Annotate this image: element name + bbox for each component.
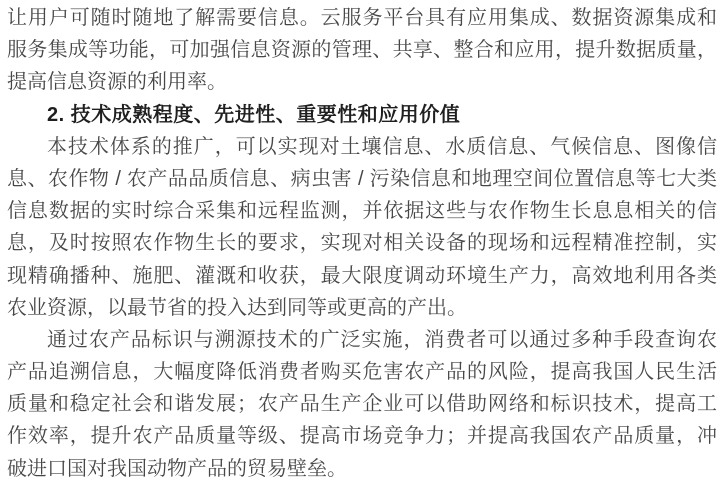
text-line: 通过农产品标识与溯源技术的广泛实施，消费者可以通过多种手段查询农 <box>7 324 717 356</box>
text-line: 信息数据的实时综合采集和远程监测，并依据这些与农作物生长息息相关的信 <box>7 195 717 227</box>
text-line: 本技术体系的推广，可以实现对土壤信息、水质信息、气候信息、图像信 <box>7 131 717 163</box>
text-line: 让用户可随时随地了解需要信息。云服务平台具有应用集成、数据资源集成和 <box>7 2 717 34</box>
text-line: 息，及时按照农作物生长的要求，实现对相关设备的现场和远程精准控制，实 <box>7 227 717 259</box>
text-line: 作效率，提升农产品质量等级、提高市场竞争力；并提高我国农产品质量，冲 <box>7 420 717 452</box>
section-heading: 2. 技术成熟程度、先进性、重要性和应用价值 <box>7 99 717 131</box>
text-line: 现精确播种、施肥、灌溉和收获，最大限度调动环境生产力，高效地利用各类 <box>7 260 717 292</box>
text-line: 服务集成等功能，可加强信息资源的管理、共享、整合和应用，提升数据质量， <box>7 34 717 66</box>
document-page: 让用户可随时随地了解需要信息。云服务平台具有应用集成、数据资源集成和 服务集成等… <box>0 0 724 485</box>
text-line: 产品追溯信息，大幅度降低消费者购买危害农产品的风险，提高我国人民生活 <box>7 356 717 388</box>
text-line: 农业资源，以最节省的投入达到同等或更高的产出。 <box>7 292 717 324</box>
text-line: 提高信息资源的利用率。 <box>7 66 717 98</box>
text-line: 质量和稳定社会和谐发展；农产品生产企业可以借助网络和标识技术，提高工 <box>7 388 717 420</box>
text-line: 破进口国对我国动物产品的贸易壁垒。 <box>7 453 717 485</box>
text-line: 息、农作物 / 农产品品质信息、病虫害 / 污染信息和地理空间位置信息等七大类 <box>7 163 717 195</box>
